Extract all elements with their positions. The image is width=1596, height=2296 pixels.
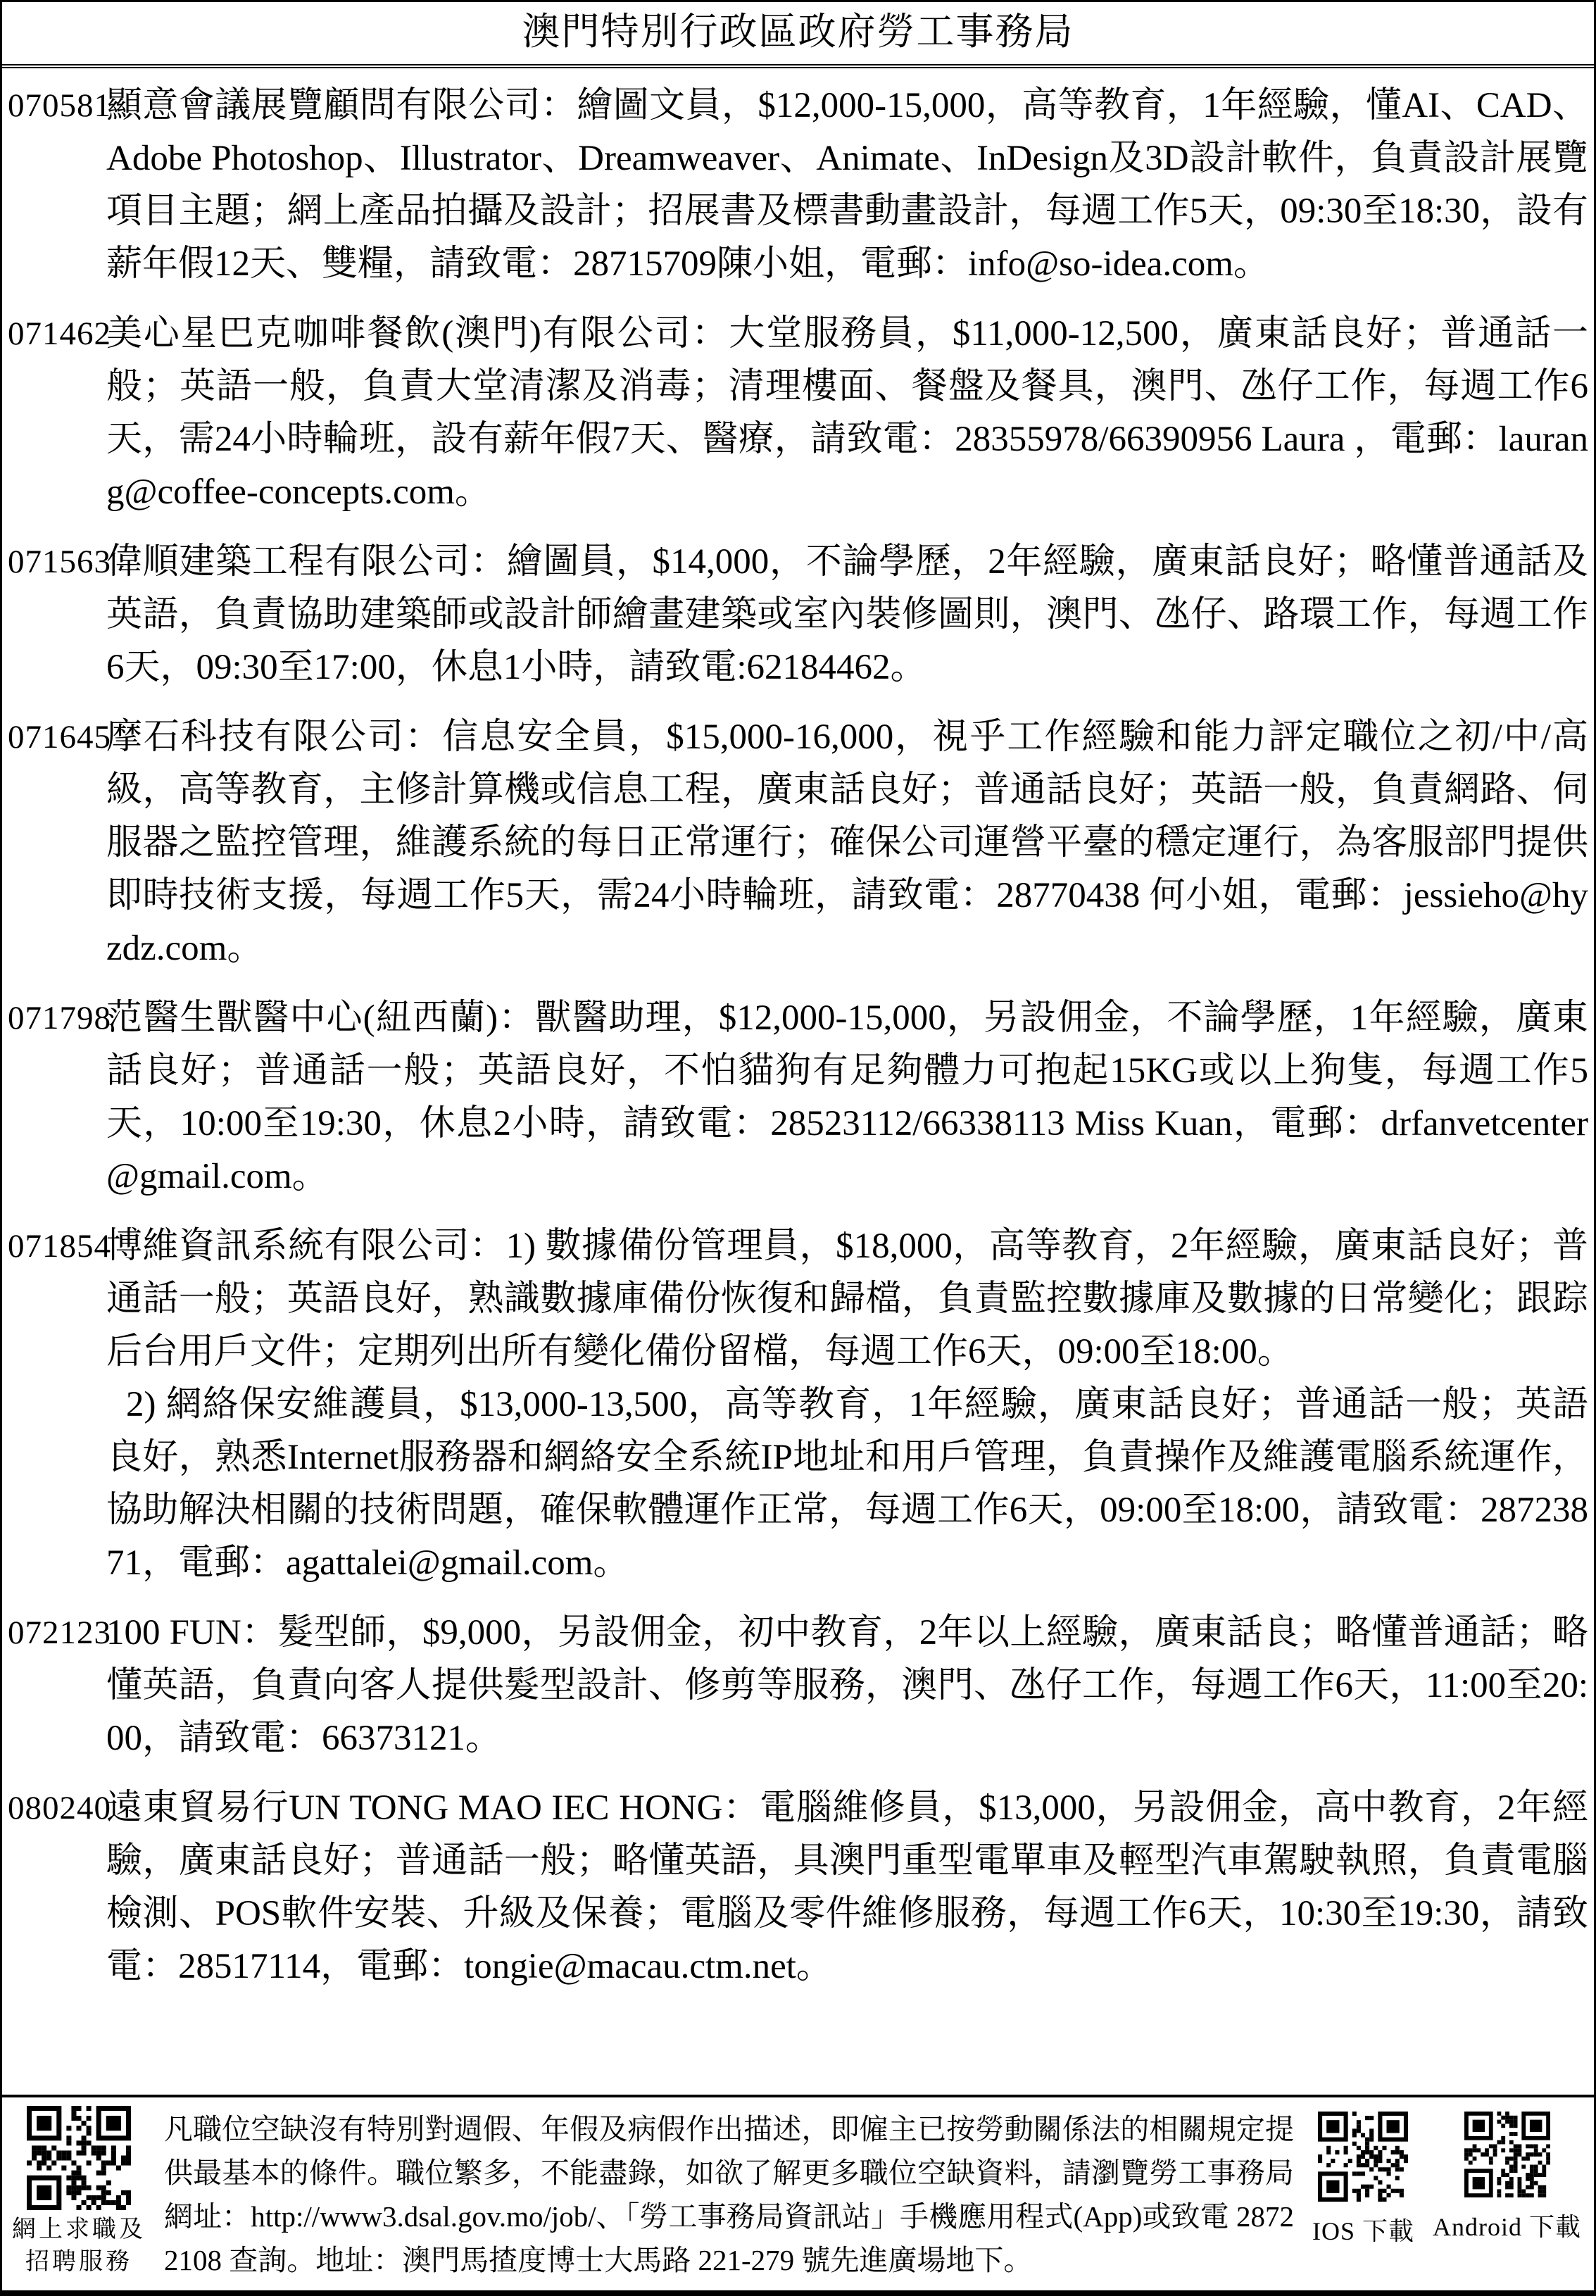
qr-web-caption-line1: 網上求職及 [12,2214,146,2246]
job-paragraph: 100 FUN：髮型師，$9,000，另設佣金，初中教育，2年以上經驗，廣東話良… [106,1607,1588,1765]
job-body: 偉順建築工程有限公司：繪圖員，$14,000，不論學歷，2年經驗，廣東話良好；略… [106,536,1590,694]
qr-code-android-download [1464,2112,1550,2197]
job-id: 071563 [8,536,106,694]
job-id: 070581 [8,80,106,291]
qr-web-caption-line2: 招聘服務 [12,2246,146,2278]
job-entry: 080240 遠東貿易行UN TONG MAO IEC HONG：電腦維修員，$… [8,1782,1590,1993]
job-id: 071645 [8,711,106,975]
job-body: 范醫生獸醫中心(紐西蘭)：獸醫助理，$12,000-15,000，另設佣金，不論… [106,992,1590,1203]
job-entry: 070581 顯意會議展覽顧問有限公司：繪圖文員，$12,000-15,000，… [8,80,1590,291]
job-paragraph: 美心星巴克咖啡餐飲(澳門)有限公司：大堂服務員，$11,000-12,500，廣… [106,308,1588,519]
job-body: 美心星巴克咖啡餐飲(澳門)有限公司：大堂服務員，$11,000-12,500，廣… [106,308,1590,519]
job-entry: 072123 100 FUN：髮型師，$9,000，另設佣金，初中教育，2年以上… [8,1607,1590,1765]
job-body: 摩石科技有限公司：信息安全員，$15,000-16,000，視乎工作經驗和能力評… [106,711,1590,975]
job-paragraph: 顯意會議展覽顧問有限公司：繪圖文員，$12,000-15,000，高等教育，1年… [106,80,1588,291]
job-id: 071798 [8,992,106,1203]
job-paragraph: 偉順建築工程有限公司：繪圖員，$14,000，不論學歷，2年經驗，廣東話良好；略… [106,536,1588,694]
job-entry: 071798 范醫生獸醫中心(紐西蘭)：獸醫助理，$12,000-15,000，… [8,992,1590,1203]
job-body: 100 FUN：髮型師，$9,000，另設佣金，初中教育，2年以上經驗，廣東話良… [106,1607,1590,1765]
document-page: 澳門特別行政區政府勞工事務局 070581 顯意會議展覽顧問有限公司：繪圖文員，… [0,0,1596,2296]
job-body: 顯意會議展覽顧問有限公司：繪圖文員，$12,000-15,000，高等教育，1年… [106,80,1590,291]
job-paragraph: 遠東貿易行UN TONG MAO IEC HONG：電腦維修員，$13,000，… [106,1782,1588,1993]
footer-ios-block: IOS 下載 [1312,2106,1414,2247]
job-id: 080240 [8,1782,106,1993]
ios-download-label: IOS 下載 [1312,2215,1414,2247]
footer-disclaimer: 凡職位空缺沒有特別對週假、年假及病假作出描述，即僱主已按勞動關係法的相關規定提供… [164,2106,1294,2282]
job-paragraph: 范醫生獸醫中心(紐西蘭)：獸醫助理，$12,000-15,000，另設佣金，不論… [106,992,1588,1203]
footer-android-block: Android 下載 [1433,2106,1581,2243]
qr-code-web-service [27,2106,131,2210]
job-id: 072123 [8,1607,106,1765]
footer: 網上求職及 招聘服務 凡職位空缺沒有特別對週假、年假及病假作出描述，即僱主已按勞… [2,2095,1594,2290]
footer-web-service-block: 網上求職及 招聘服務 [12,2106,146,2278]
job-paragraph: 摩石科技有限公司：信息安全員，$15,000-16,000，視乎工作經驗和能力評… [106,711,1588,975]
job-entry: 071462 美心星巴克咖啡餐飲(澳門)有限公司：大堂服務員，$11,000-1… [8,308,1590,519]
job-entry: 071645 摩石科技有限公司：信息安全員，$15,000-16,000，視乎工… [8,711,1590,975]
android-download-label: Android 下載 [1433,2211,1581,2243]
job-entry: 071563 偉順建築工程有限公司：繪圖員，$14,000，不論學歷，2年經驗，… [8,536,1590,694]
job-body: 博維資訊系統有限公司：1) 數據備份管理員，$18,000，高等教育，2年經驗，… [106,1220,1590,1590]
job-entry: 071854 博維資訊系統有限公司：1) 數據備份管理員，$18,000，高等教… [8,1220,1590,1590]
job-id: 071854 [8,1220,106,1590]
page-title: 澳門特別行政區政府勞工事務局 [2,2,1594,68]
job-body: 遠東貿易行UN TONG MAO IEC HONG：電腦維修員，$13,000，… [106,1782,1590,1993]
job-id: 071462 [8,308,106,519]
qr-code-ios-download [1318,2112,1408,2202]
job-list: 070581 顯意會議展覽顧問有限公司：繪圖文員，$12,000-15,000，… [2,68,1594,2095]
job-paragraph: 博維資訊系統有限公司：1) 數據備份管理員，$18,000，高等教育，2年經驗，… [106,1220,1588,1379]
job-paragraph: 2) 網絡保安維護員，$13,000-13,500，高等教育，1年經驗，廣東話良… [106,1379,1588,1590]
